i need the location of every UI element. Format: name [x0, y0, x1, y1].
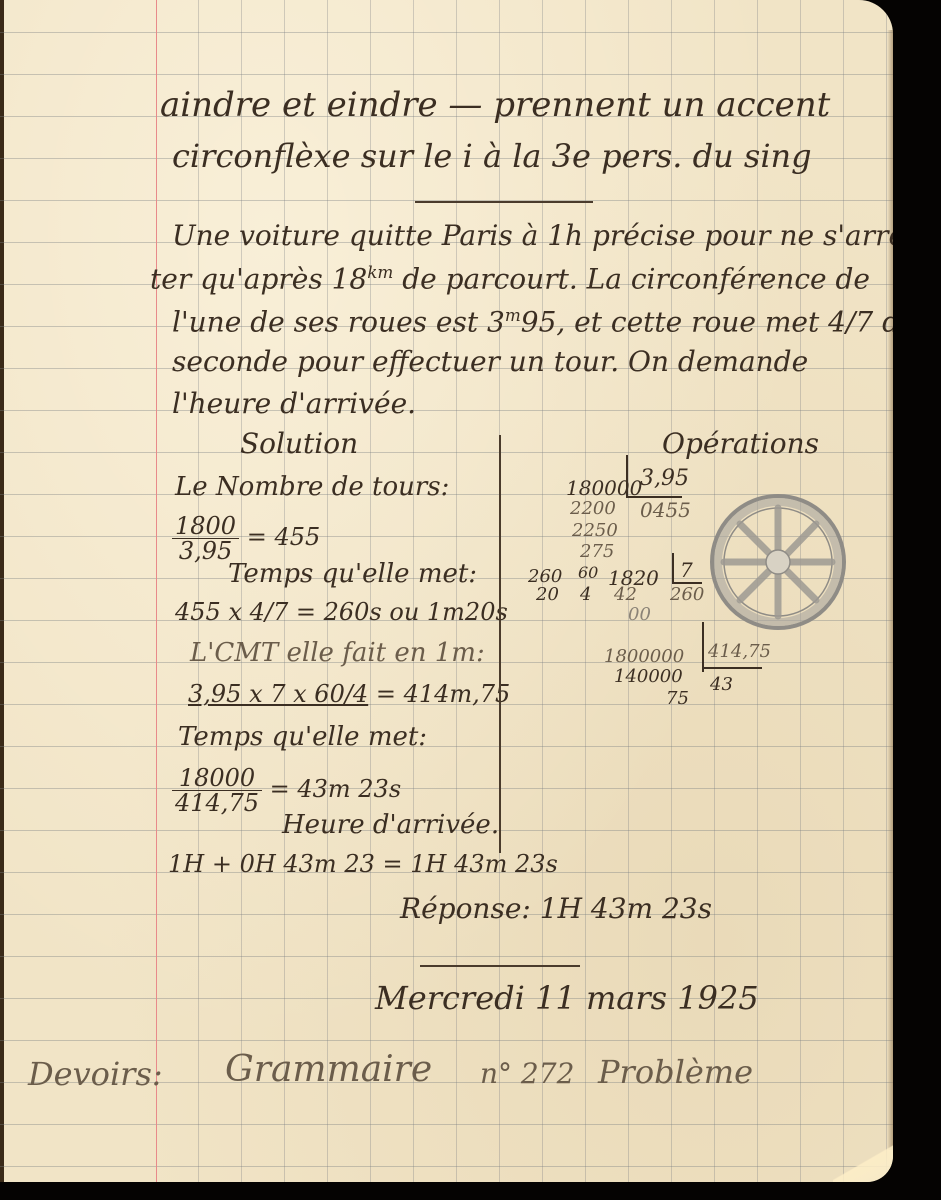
grid-line-horizontal [0, 410, 893, 411]
grid-line-horizontal [0, 956, 893, 957]
grid-line-vertical [327, 0, 328, 1182]
problem-line-2: ter qu'après 18km de parcourt. La circon… [150, 264, 870, 293]
solution-calc-temps: 455 x 4/7 = 260s ou 1m20s [175, 600, 508, 624]
grid-line-vertical [198, 0, 199, 1182]
date-divider-rule [420, 965, 580, 967]
section-divider-rule [415, 201, 593, 203]
solution-step-label: Heure d'arrivée. [282, 812, 499, 838]
page-right-edge [887, 30, 893, 1150]
problem-line-4: seconde pour effectuer un tour. On deman… [172, 348, 808, 376]
grid-line-horizontal [0, 1124, 893, 1125]
operations-heading: Opérations [662, 430, 819, 458]
grid-line-horizontal [0, 788, 893, 789]
entry-date: Mercredi 11 mars 1925 [375, 982, 759, 1014]
grid-line-vertical [284, 0, 285, 1182]
page-corner-fold [833, 1142, 893, 1182]
solution-step-label: L'CMT elle fait en 1m: [190, 640, 485, 666]
grid-line-horizontal [0, 32, 893, 33]
solution-calc-distance: 3,95 x 7 x 60/4 = 414m,75 [188, 682, 510, 706]
problem-line-3: l'une de ses roues est 3m95, et cette ro… [172, 307, 893, 336]
solution-step-label: Le Nombre de tours: [175, 474, 449, 500]
grid-line-vertical [241, 0, 242, 1182]
grid-line-horizontal [0, 1040, 893, 1041]
homework-number: n° 272 [480, 1060, 574, 1088]
grammar-note-line-1: aindre et eindre — prennent un accent [160, 88, 830, 122]
page-binding-edge [0, 0, 4, 1182]
solution-fraction-temps: 18000414,75 = 43m 23s [172, 766, 401, 815]
wheel-sketch-icon [708, 492, 848, 632]
grid-line-vertical [370, 0, 371, 1182]
problem-line-5: l'heure d'arrivée. [172, 390, 416, 418]
solution-step-label: Temps qu'elle met: [228, 561, 477, 587]
homework-subject: Grammaire [225, 1052, 432, 1088]
problem-line-1: Une voiture quitte Paris à 1h précise po… [172, 222, 893, 250]
grid-line-horizontal [0, 746, 893, 747]
answer: Réponse: 1H 43m 23s [400, 895, 712, 923]
solution-heading: Solution [240, 430, 358, 458]
grammar-note-line-2: circonflèxe sur le i à la 3e pers. du si… [172, 140, 812, 172]
solution-calc-arrival: 1H + 0H 43m 23 = 1H 43m 23s [168, 852, 558, 876]
homework-extra: Problème [598, 1056, 753, 1088]
solution-step-label: Temps qu'elle met: [178, 724, 427, 750]
solution-fraction-tours: 18003,95 = 455 [172, 514, 320, 563]
homework-label: Devoirs: [28, 1058, 163, 1090]
column-divider [499, 435, 501, 853]
grid-line-horizontal [0, 1166, 893, 1167]
notebook-page: aindre et eindre — prennent un accent ci… [0, 0, 893, 1182]
grid-line-horizontal [0, 74, 893, 75]
margin-line [156, 0, 157, 1182]
